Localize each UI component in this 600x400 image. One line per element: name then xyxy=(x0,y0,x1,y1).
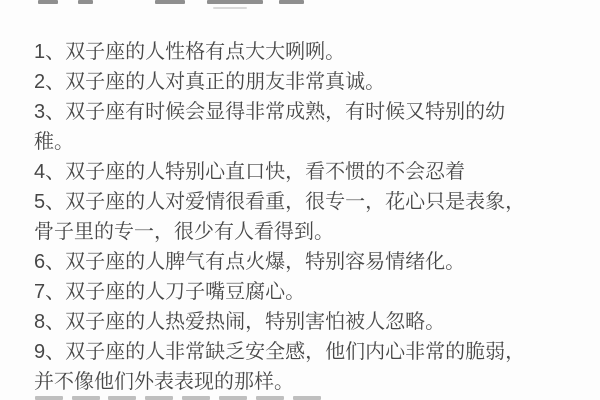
text-line: 1、双子座的人性格有点大大咧咧。 xyxy=(34,37,594,67)
text-line: 并不像他们外表表现的那样。 xyxy=(34,367,594,397)
text-line: 2、双子座的人对真正的朋友非常真诚。 xyxy=(34,67,594,97)
text-line: 7、双子座的人刀子嘴豆腐心。 xyxy=(34,277,594,307)
text-line: 稚。 xyxy=(34,127,594,157)
text-line: 6、双子座的人脾气有点火爆，特别容易情绪化。 xyxy=(34,247,594,277)
text-line: 骨子里的专一，很少有人看得到。 xyxy=(34,217,594,247)
text-line: 4、双子座的人特别心直口快，看不惯的不会忍着 xyxy=(34,157,594,187)
text-line: 5、双子座的人对爱情很看重，很专一，花心只是表象， xyxy=(34,187,594,217)
text-line: 8、双子座的人热爱热闹，特别害怕被人忽略。 xyxy=(34,307,594,337)
trait-list: 1、双子座的人性格有点大大咧咧。 2、双子座的人对真正的朋友非常真诚。 3、双子… xyxy=(34,37,594,397)
text-line: 9、双子座的人非常缺乏安全感，他们内心非常的脆弱， xyxy=(34,337,594,367)
text-line: 3、双子座有时候会显得非常成熟，有时候又特别的幼 xyxy=(34,97,594,127)
